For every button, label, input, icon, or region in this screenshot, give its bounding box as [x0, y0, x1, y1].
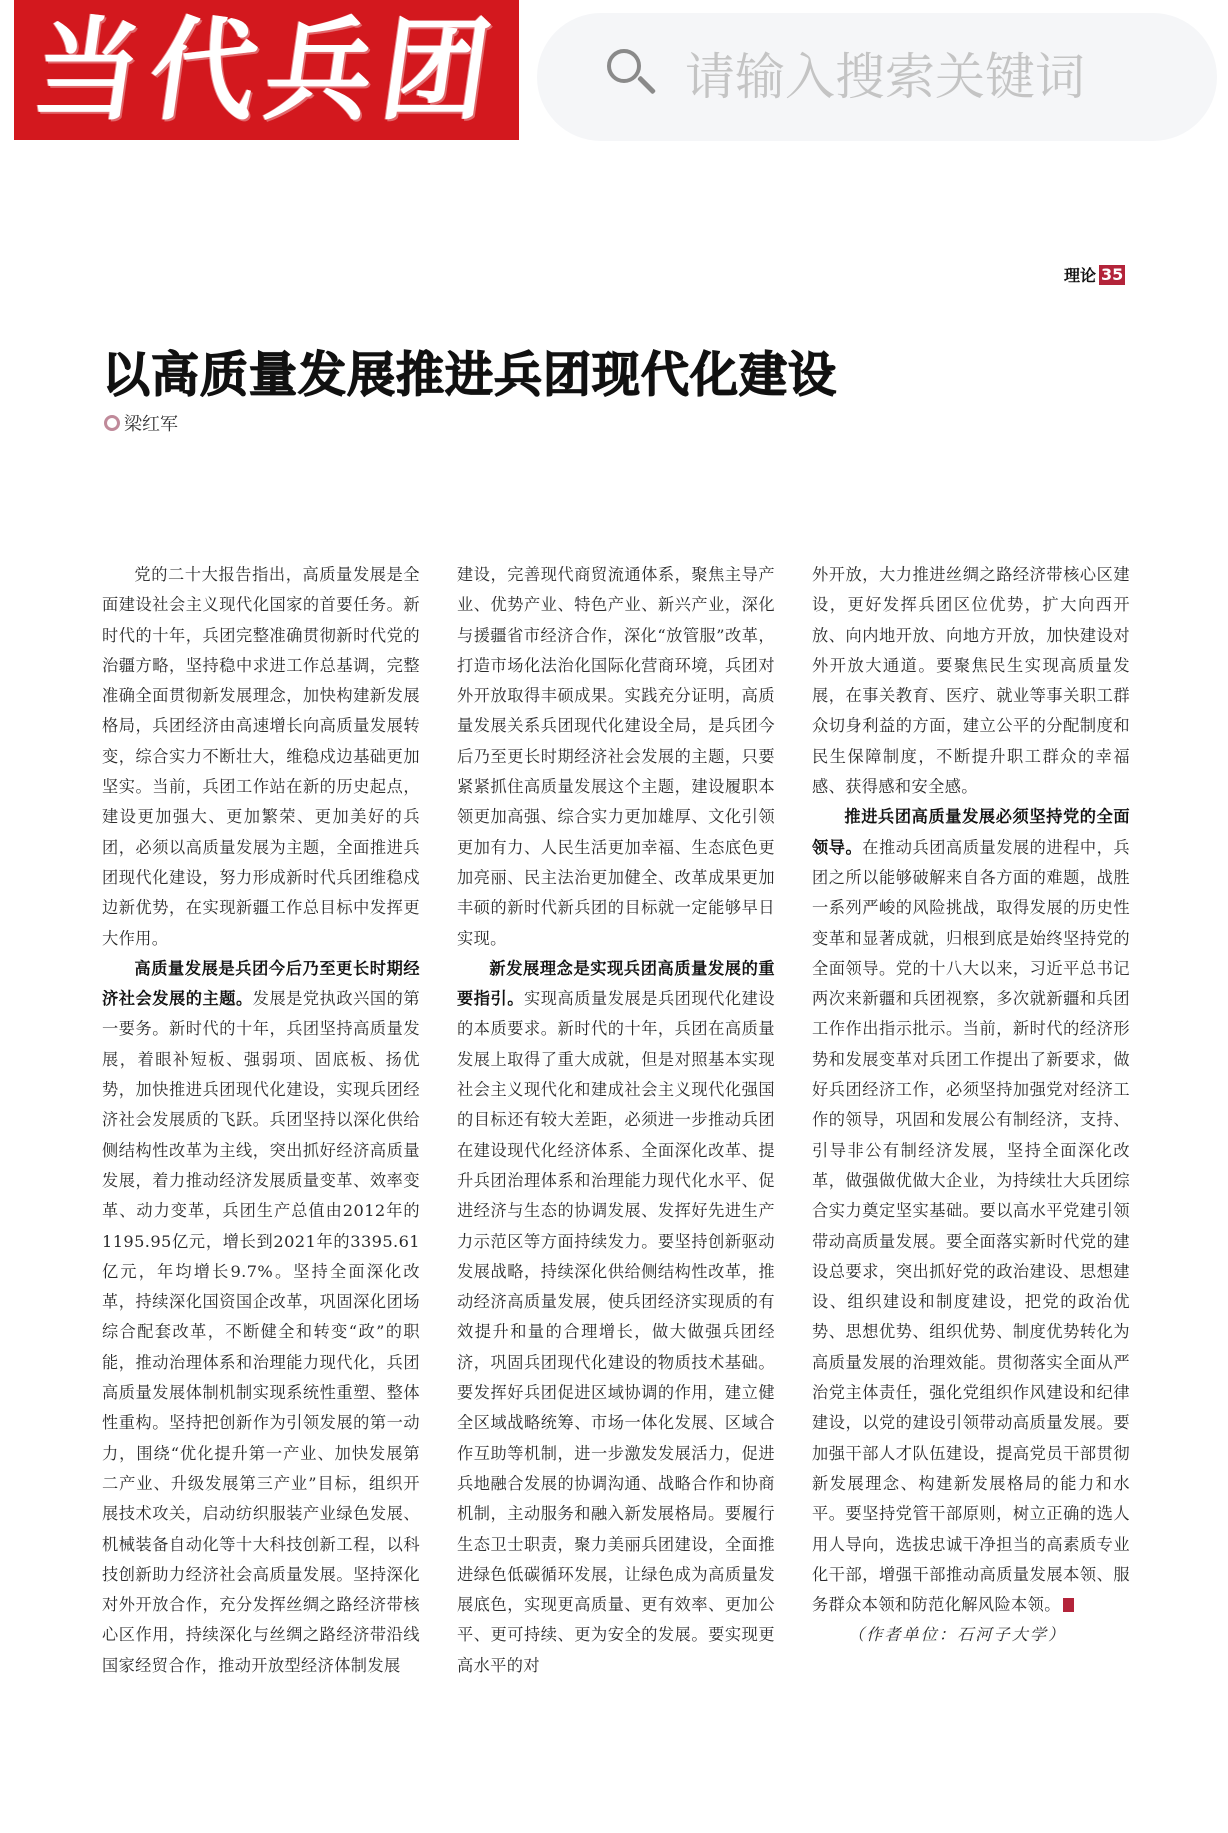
- magazine-logo[interactable]: 当代兵团: [14, 0, 519, 140]
- byline-ring-icon: [104, 415, 120, 431]
- paragraph: 新发展理念是实现兵团高质量发展的重要指引。实现高质量发展是兵团现代化建设的本质要…: [457, 954, 775, 1681]
- paragraph-text: 外开放，大力推进丝绸之路经济带核心区建设，更好发挥兵团区位优势，扩大向西开放、向…: [812, 565, 1130, 796]
- paragraph-text: 建设，完善现代商贸流通体系，聚焦主导产业、优势产业、特色产业、新兴产业，深化与援…: [457, 565, 775, 948]
- search-icon[interactable]: [607, 49, 657, 105]
- column-2: 建设，完善现代商贸流通体系，聚焦主导产业、优势产业、特色产业、新兴产业，深化与援…: [457, 560, 775, 1735]
- column-3: 外开放，大力推进丝绸之路经济带核心区建设，更好发挥兵团区位优势，扩大向西开放、向…: [812, 560, 1130, 1735]
- logo-text: 当代兵团: [27, 14, 507, 125]
- paragraph-text: 在推动兵团高质量发展的进程中，兵团之所以能够破解来自各方面的难题，战胜一系列严峻…: [812, 838, 1130, 1614]
- paragraph: 党的二十大报告指出，高质量发展是全面建设社会主义现代化国家的首要任务。新时代的十…: [102, 560, 420, 954]
- paragraph-text: 党的二十大报告指出，高质量发展是全面建设社会主义现代化国家的首要任务。新时代的十…: [102, 565, 420, 948]
- paragraph-text: 实现高质量发展是兵团现代化建设的本质要求。新时代的十年，兵团在高质量发展上取得了…: [457, 989, 775, 1675]
- paragraph: 外开放，大力推进丝绸之路经济带核心区建设，更好发挥兵团区位优势，扩大向西开放、向…: [812, 560, 1130, 802]
- paragraph: 建设，完善现代商贸流通体系，聚焦主导产业、优势产业、特色产业、新兴产业，深化与援…: [457, 560, 775, 954]
- author-affiliation: （作者单位：石河子大学）: [812, 1620, 1130, 1650]
- author-name: 梁红军: [124, 410, 178, 436]
- article-body: 党的二十大报告指出，高质量发展是全面建设社会主义现代化国家的首要任务。新时代的十…: [102, 560, 1130, 1735]
- paragraph: 推进兵团高质量发展必须坚持党的全面领导。在推动兵团高质量发展的进程中，兵团之所以…: [812, 802, 1130, 1620]
- search-bar[interactable]: [537, 13, 1217, 141]
- end-mark-icon: [1063, 1598, 1074, 1612]
- paragraph-text: 发展是党执政兴国的第一要务。新时代的十年，兵团坚持高质量发展，着眼补短板、强弱项…: [102, 989, 420, 1675]
- page-number: 35: [1099, 265, 1125, 285]
- search-input[interactable]: [685, 48, 1145, 106]
- section-tag: 理论 35: [1064, 263, 1125, 286]
- column-1: 党的二十大报告指出，高质量发展是全面建设社会主义现代化国家的首要任务。新时代的十…: [102, 560, 420, 1735]
- article-title: 以高质量发展推进兵团现代化建设: [102, 336, 837, 405]
- paragraph: 高质量发展是兵团今后乃至更长时期经济社会发展的主题。发展是党执政兴国的第一要务。…: [102, 954, 420, 1681]
- section-label: 理论: [1064, 263, 1096, 286]
- byline: 梁红军: [104, 410, 178, 436]
